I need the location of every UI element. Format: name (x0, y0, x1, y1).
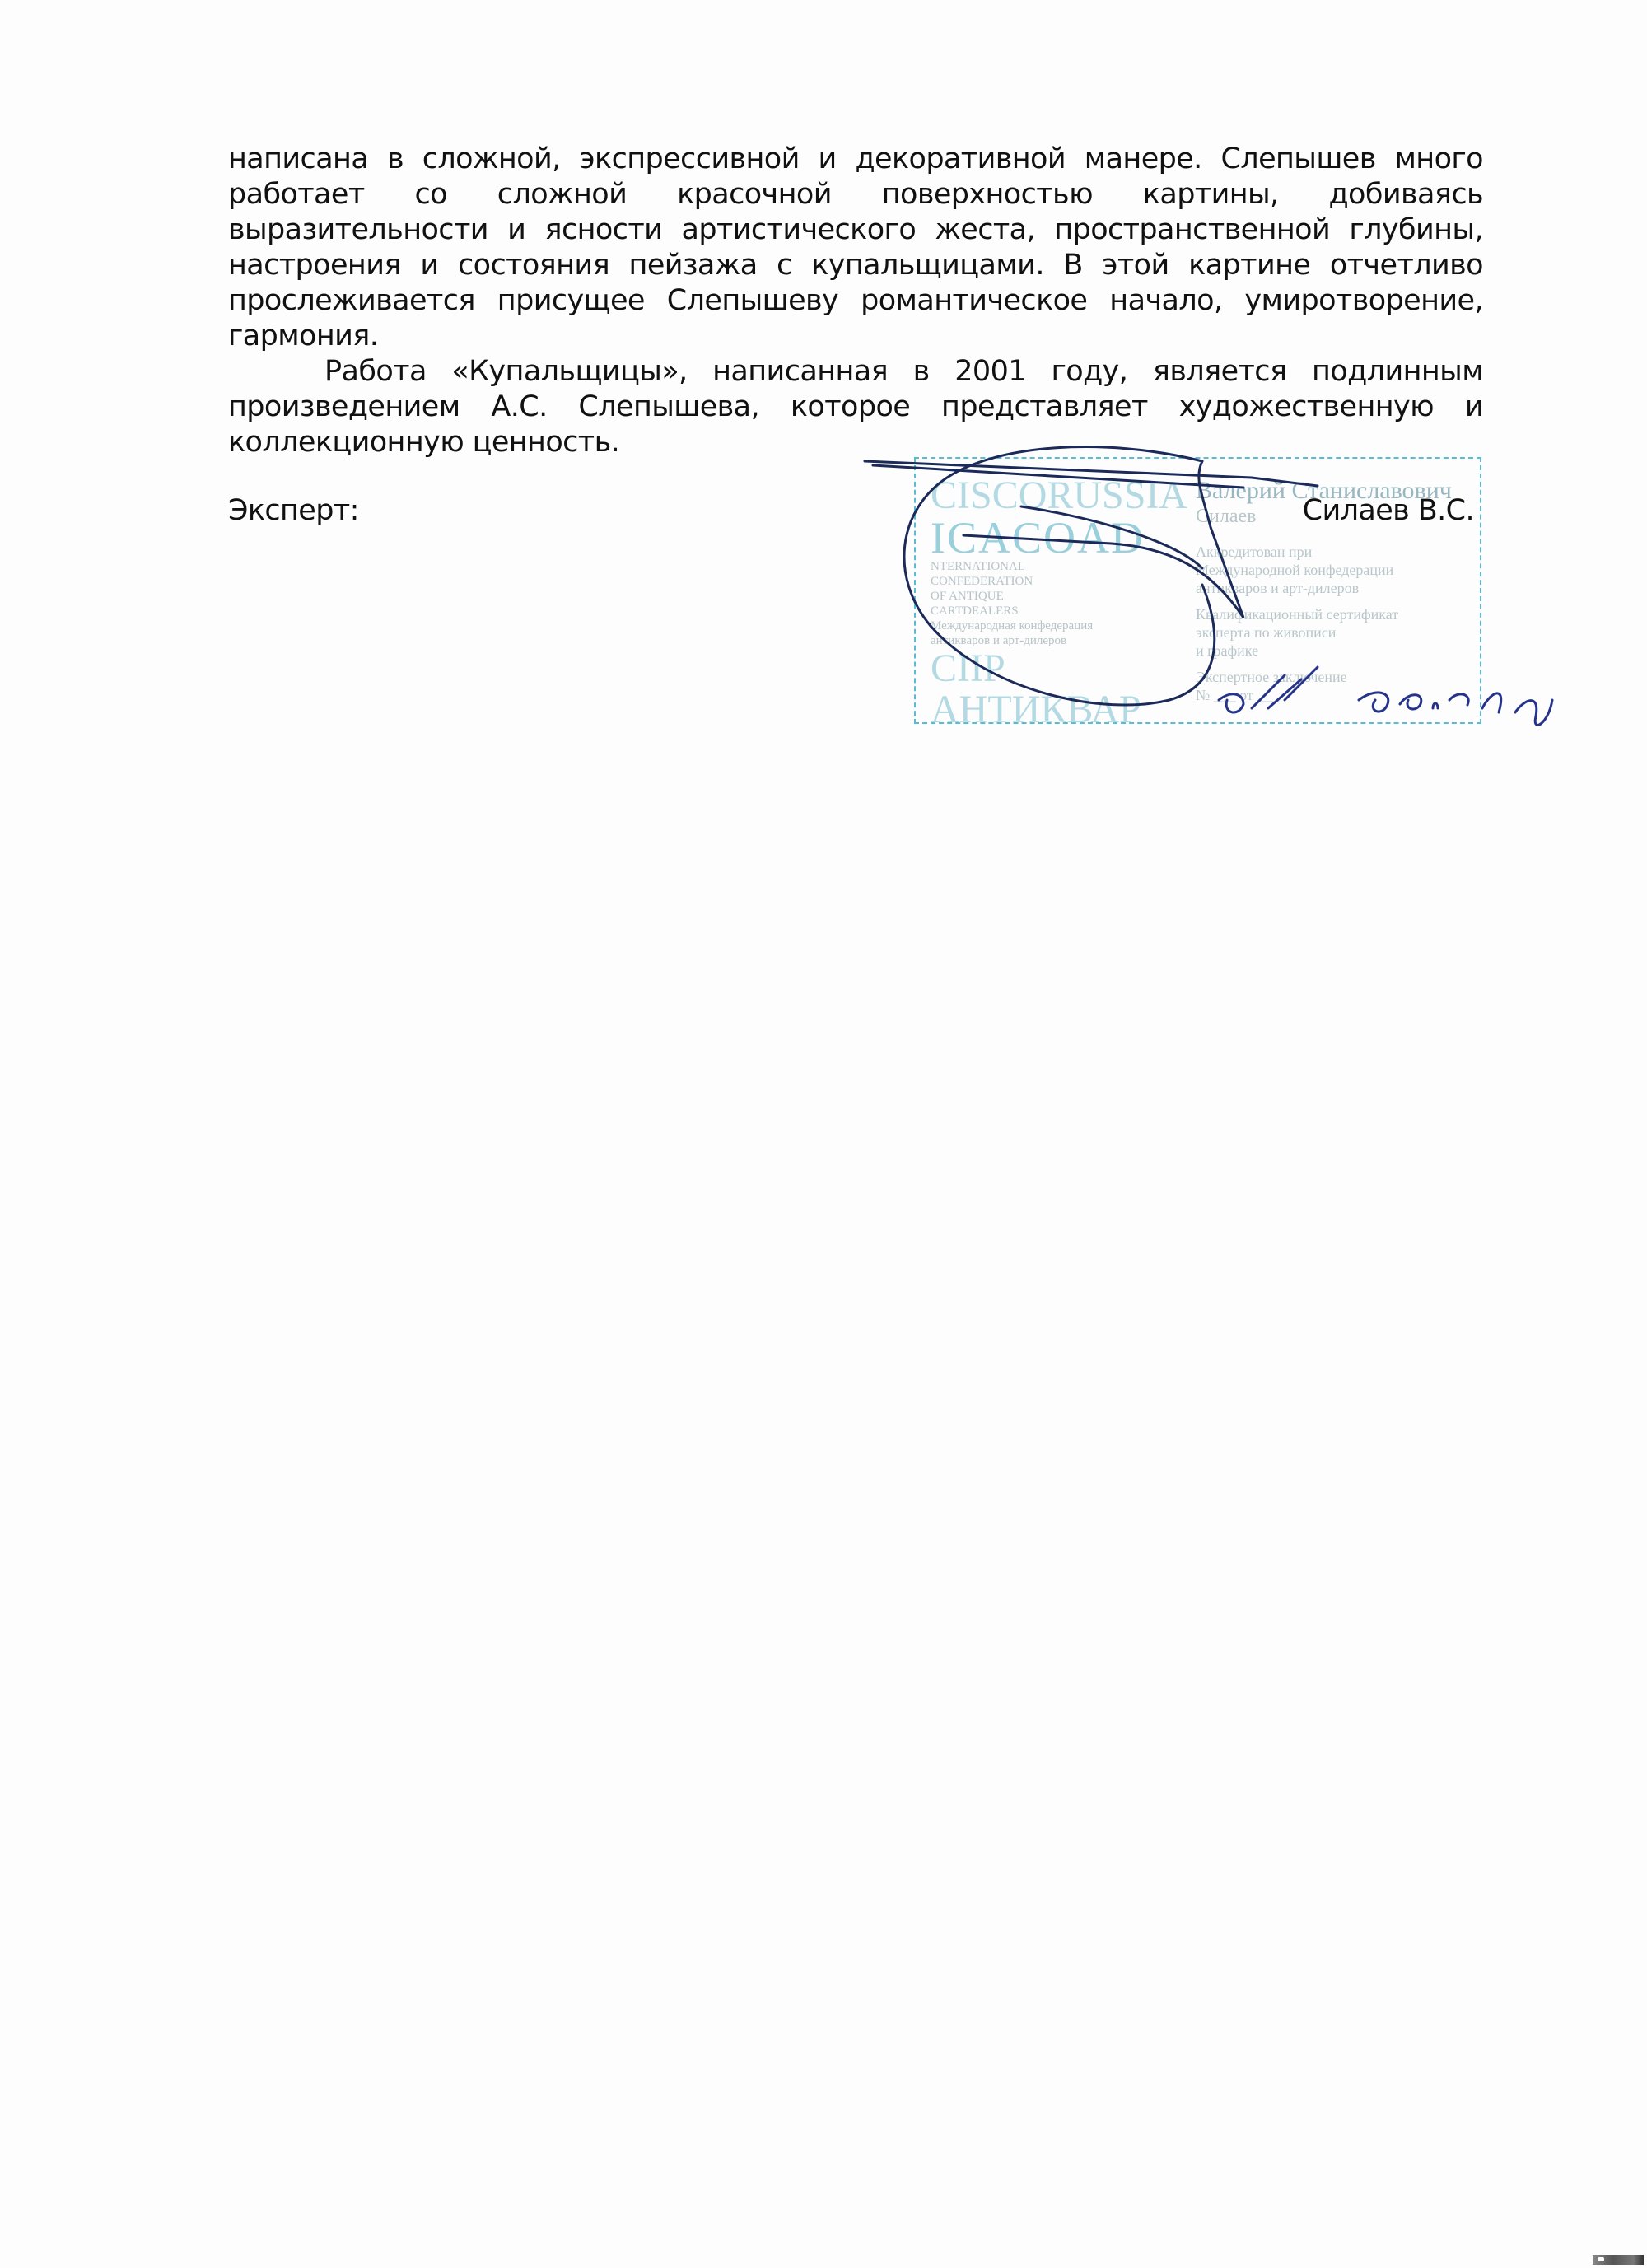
stamp-line: и графике (1196, 642, 1472, 660)
stamp-line: Экспертное заключение (1196, 668, 1472, 686)
stamp-line: Международной конфедерации (1196, 561, 1472, 579)
stamp-org-line: ICACOAD (931, 516, 1178, 559)
scan-artifact (1593, 2255, 1644, 2265)
stamp-line: эксперта по живописи (1196, 623, 1472, 642)
stamp-line: Аккредитован при (1196, 543, 1472, 561)
stamp-org-line: CIIP АНТИКВАР (931, 648, 1178, 730)
expert-label: Эксперт: (228, 494, 359, 527)
paragraph-description: написана в сложной, экспрессивной и деко… (228, 142, 1483, 354)
stamp-org-line: CONFEDERATION (931, 574, 1178, 589)
stamp-org-line: CARTDEALERS (931, 604, 1178, 618)
stamp-org-line: OF ANTIQUE (931, 589, 1178, 604)
stamp-org-line: CISCORUSSIA (931, 475, 1178, 516)
stamp-line: антикваров и арт-дилеров (1196, 579, 1472, 597)
paragraph-conclusion: Работа «Купальщицы», написанная в 2001 г… (228, 354, 1483, 460)
stamp-organization: CISCORUSSIA ICACOAD NTERNATIONAL CONFEDE… (931, 475, 1178, 730)
stamp-line: № ___ от ___ (1196, 686, 1472, 704)
expert-name: Силаев В.С. (1303, 494, 1474, 527)
stamp-org-line: Международная конфедерация (931, 618, 1178, 633)
stamp-line: Квалификационный сертификат (1196, 605, 1472, 623)
